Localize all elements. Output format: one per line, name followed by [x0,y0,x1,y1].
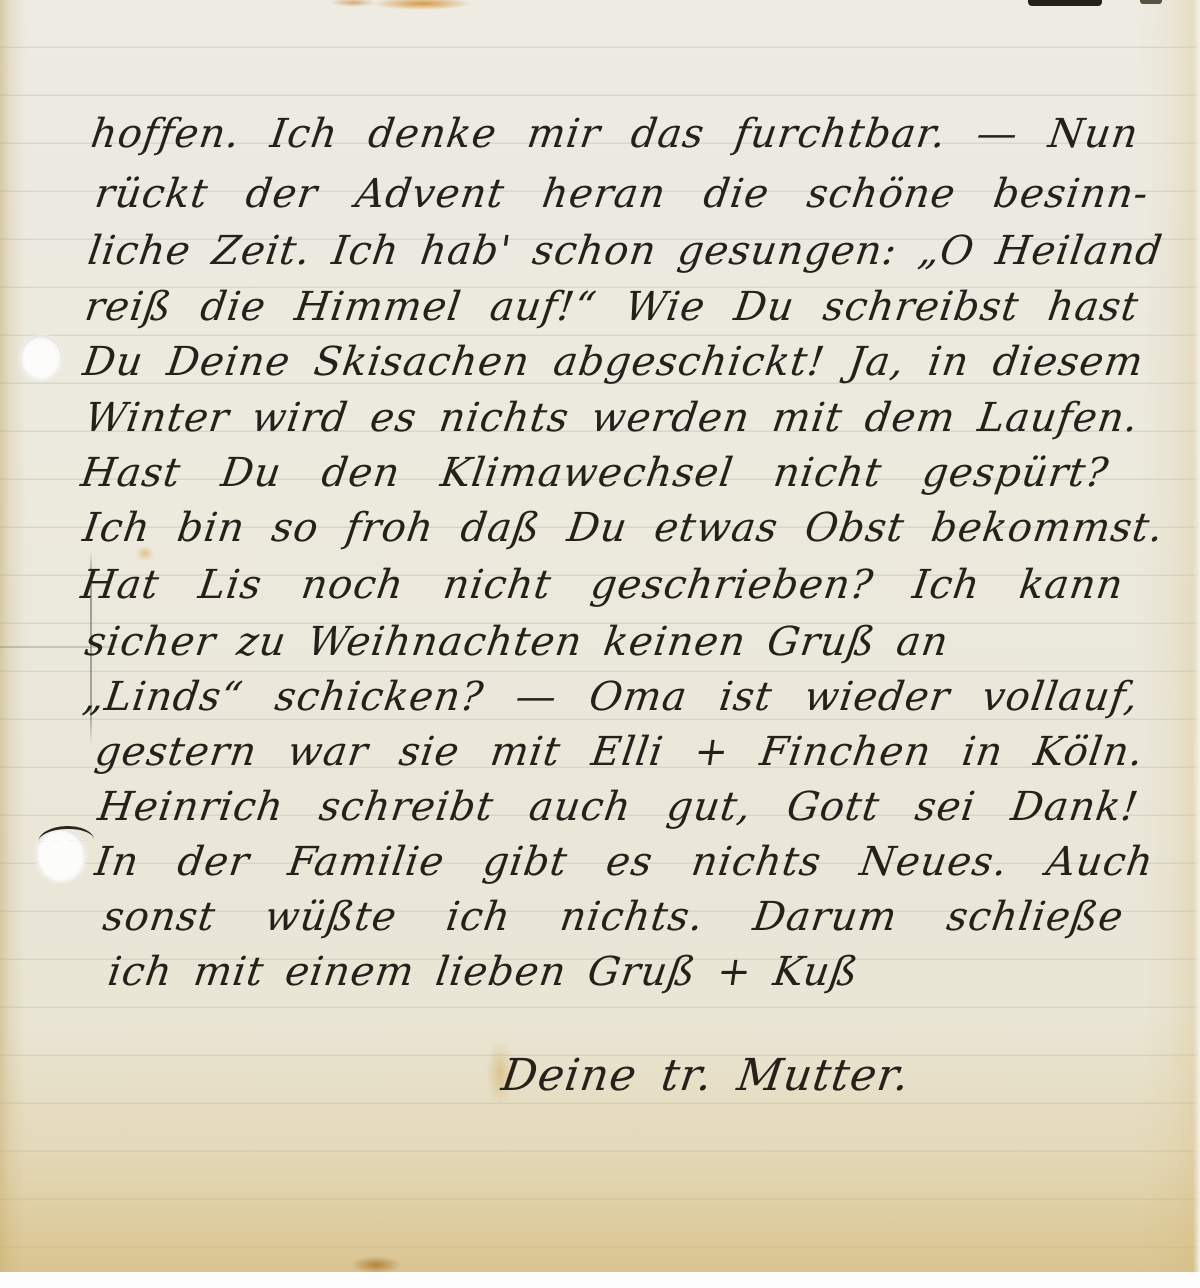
scan-edge-mark [1028,0,1102,6]
letter-line: hoffen. Ich denke mir das furchtbar. — N… [88,110,1142,158]
letter-line: Heinrich schreibt auch gut, Gott sei Dan… [95,783,1142,831]
letter-line: Ich bin so froh daß Du etwas Obst bekomm… [80,504,1167,552]
letter-line: reiß die Himmel auf!“ Wie Du schreibst h… [82,283,1142,331]
signature: Deine tr. Mutter. [498,1050,913,1101]
paper-right-edge [1193,0,1200,1272]
letter-line: „Linds“ schicken? — Oma ist wieder volla… [80,673,1142,721]
letter-line: Du Deine Skisachen abgeschickt! Ja, in d… [80,338,1147,386]
letter-line: sicher zu Weihnachten keinen Gruß an [82,618,1022,666]
letter-line: Hat Lis noch nicht geschrieben? Ich kann [78,561,1127,609]
letter-line: Hast Du den Klimawechsel nicht gespürt? [78,449,1112,497]
letter-line: In der Familie gibt es nichts Neues. Auc… [92,838,1157,886]
letter-line: gestern war sie mit Elli + Finchen in Kö… [92,728,1147,776]
letter-line: sonst wüßte ich nichts. Darum schließe [100,893,1127,941]
punch-hole [20,335,62,380]
letter-line: liche Zeit. Ich hab' schon gesungen: „O … [85,227,1164,275]
scanner-background-strip [0,1272,1200,1288]
scan-edge-mark [1140,0,1162,4]
letter-line: rückt der Advent heran die schöne besinn… [92,170,1152,218]
letter-line: Winter wird es nichts werden mit dem Lau… [82,394,1142,442]
letter-line: ich mit einem lieben Gruß + Kuß [105,948,1017,996]
